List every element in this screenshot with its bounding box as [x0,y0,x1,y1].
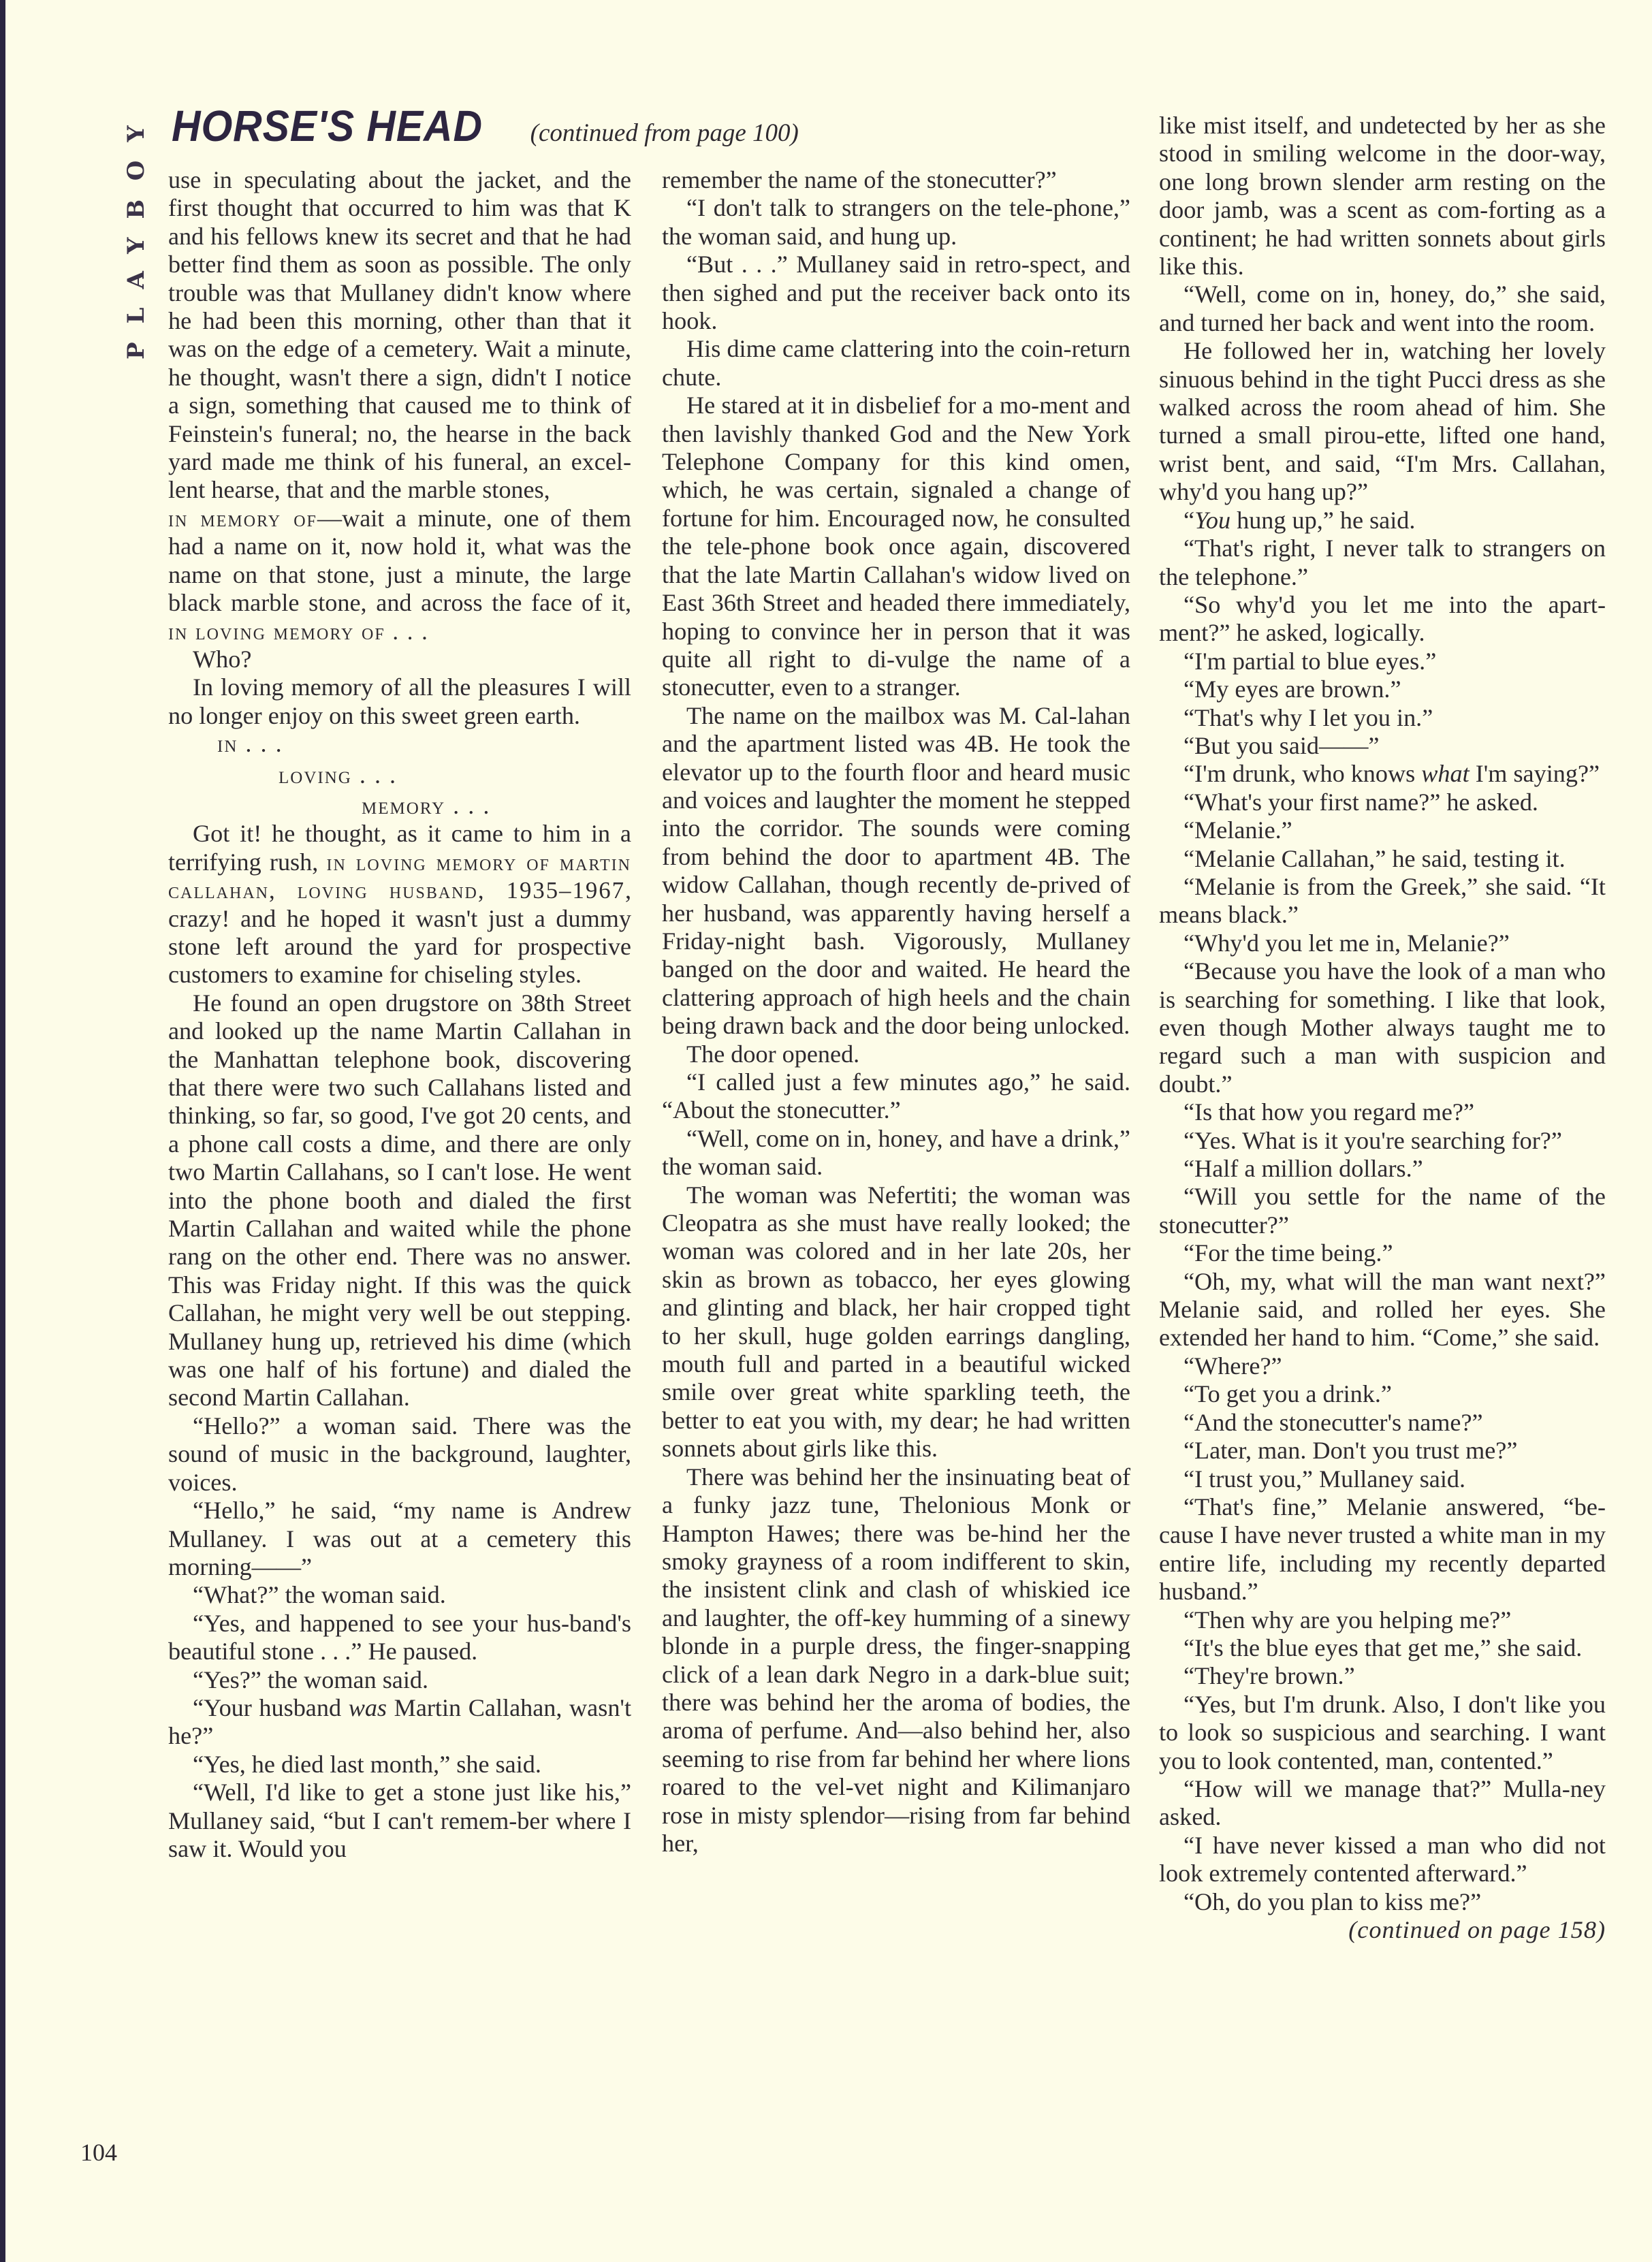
emphasis-text: You [1194,507,1230,534]
tombstone-inscription-line: memory . . . [168,792,631,820]
text-column-1: use in speculating about the jacket, and… [168,166,631,1863]
paragraph: “Yes, but I'm drunk. Also, I don't like … [1159,1691,1606,1775]
small-caps-text: in loving memory of martin callahan, lov… [168,849,631,904]
small-caps-text: in memory of [168,505,317,532]
article-header: HORSE'S HEAD (continued from page 100) [172,101,799,155]
paragraph: There was behind her the insinuating bea… [662,1463,1130,1858]
paragraph: “What's your first name?” he asked. [1159,788,1606,816]
paragraph: “I trust you,” Mullaney said. [1159,1465,1606,1493]
paragraph: “Hello,” he said, “my name is Andrew Mul… [168,1497,631,1581]
paragraph: “Yes, he died last month,” she said. [168,1751,631,1779]
emphasis-text: was [349,1694,387,1721]
paragraph: “Well, I'd like to get a stone just like… [168,1779,631,1863]
paragraph: in memory of—wait a minute, one of them … [168,505,631,646]
paragraph: “Your husband was Martin Callahan, wasn'… [168,1694,631,1751]
paragraph: “Where?” [1159,1352,1606,1380]
paragraph: “But you said——” [1159,732,1606,760]
paragraph: “Well, come on in, honey, do,” she said,… [1159,281,1606,337]
text-column-3: like mist itself, and undetected by her … [1159,112,1606,1944]
paragraph: “Is that how you regard me?” [1159,1098,1606,1126]
paragraph: “They're brown.” [1159,1662,1606,1690]
paragraph: In loving memory of all the pleasures I … [168,673,631,730]
paragraph: The door opened. [662,1040,1130,1068]
paragraph: “But . . .” Mullaney said in retro-spect… [662,251,1130,335]
paragraph: He followed her in, watching her lovely … [1159,337,1606,506]
magazine-brand-vertical: PLAYBOY [114,108,155,360]
paragraph: “Yes, and happened to see your hus-band'… [168,1610,631,1666]
paragraph: “That's right, I never talk to strangers… [1159,535,1606,591]
paragraph: “Because you have the look of a man who … [1159,957,1606,1098]
paragraph: “Half a million dollars.” [1159,1155,1606,1183]
paragraph: “So why'd you let me into the apart-ment… [1159,591,1606,648]
paragraph: “Well, come on in, honey, and have a dri… [662,1125,1130,1181]
tombstone-inscription-line: loving . . . [168,761,631,789]
emphasis-text: what [1421,760,1469,787]
small-caps-text: in loving memory of . . . [168,618,429,645]
paragraph: “That's fine,” Melanie answered, “be-cau… [1159,1493,1606,1606]
continued-from-note: (continued from page 100) [530,118,799,148]
paragraph: “I don't talk to strangers on the tele-p… [662,194,1130,251]
text-column-2: remember the name of the stonecutter?”“I… [662,166,1130,1858]
paragraph: “Why'd you let me in, Melanie?” [1159,929,1606,957]
paragraph: The name on the mailbox was M. Cal-lahan… [662,702,1130,1040]
paragraph: “Then why are you helping me?” [1159,1606,1606,1634]
paragraph: “What?” the woman said. [168,1581,631,1609]
article-title: HORSE'S HEAD [172,101,483,151]
continued-on-note: (continued on page 158) [1159,1916,1606,1944]
paragraph: “Melanie.” [1159,816,1606,844]
paragraph: “That's why I let you in.” [1159,704,1606,732]
page-number: 104 [80,2138,117,2167]
paragraph: The woman was Nefertiti; the woman was C… [662,1181,1130,1463]
paragraph: He stared at it in disbelief for a mo-me… [662,392,1130,701]
paragraph: “Yes?” the woman said. [168,1666,631,1694]
paragraph: “I'm partial to blue eyes.” [1159,648,1606,675]
paragraph: “How will we manage that?” Mulla-ney ask… [1159,1775,1606,1832]
paragraph: “I have never kissed a man who did not l… [1159,1832,1606,1888]
paragraph: Who? [168,646,631,673]
paragraph: “Melanie is from the Greek,” she said. “… [1159,873,1606,929]
paragraph: “Hello?” a woman said. There was the sou… [168,1412,631,1497]
paragraph: His dime came clattering into the coin-r… [662,335,1130,392]
paragraph: “Oh, do you plan to kiss me?” [1159,1888,1606,1916]
paragraph: like mist itself, and undetected by her … [1159,112,1606,281]
paragraph: “I called just a few minutes ago,” he sa… [662,1068,1130,1125]
paragraph: “Melanie Callahan,” he said, testing it. [1159,845,1606,873]
paragraph: Got it! he thought, as it came to him in… [168,820,631,989]
paragraph: use in speculating about the jacket, and… [168,166,631,505]
tombstone-inscription-line: in . . . [168,730,631,758]
page-edge-border [0,0,5,2262]
paragraph: “Oh, my, what will the man want next?” M… [1159,1268,1606,1352]
paragraph: “You hung up,” he said. [1159,507,1606,535]
paragraph: remember the name of the stonecutter?” [662,166,1130,194]
magazine-name: PLAYBOY [123,108,150,360]
paragraph: “And the stonecutter's name?” [1159,1409,1606,1437]
paragraph: He found an open drugstore on 38th Stree… [168,989,631,1412]
paragraph: “I'm drunk, who knows what I'm saying?” [1159,760,1606,788]
paragraph: “My eyes are brown.” [1159,675,1606,703]
paragraph: “Will you settle for the name of the sto… [1159,1183,1606,1239]
paragraph: “To get you a drink.” [1159,1380,1606,1408]
paragraph: “It's the blue eyes that get me,” she sa… [1159,1634,1606,1662]
paragraph: “Later, man. Don't you trust me?” [1159,1437,1606,1465]
paragraph: “For the time being.” [1159,1239,1606,1267]
paragraph: “Yes. What is it you're searching for?” [1159,1127,1606,1155]
